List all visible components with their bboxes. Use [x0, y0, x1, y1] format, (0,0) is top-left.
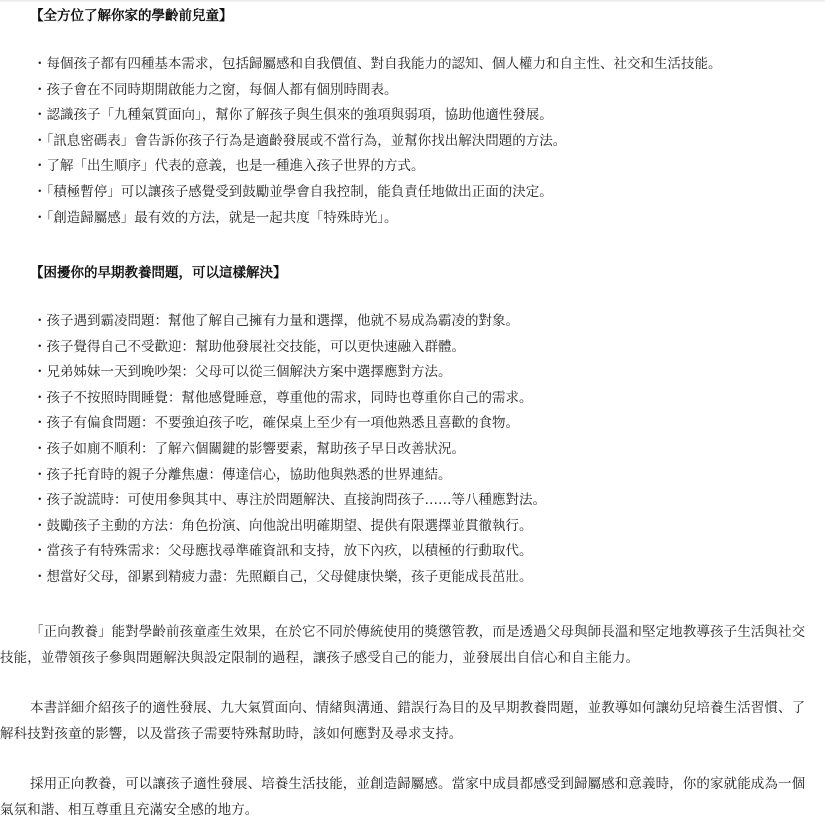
list-item: ・「訊息密碼表」會告訴你孩子行為是適齡發展或不當行為，並幫你找出解決問題的方法。	[33, 129, 722, 155]
paragraph-conclusion: 採用正向教養，可以讓孩子適性發展、培養生活技能，並創造歸屬感。當家中成員都感受到…	[0, 771, 818, 823]
list-item: ・孩子如廁不順利：了解六個關鍵的影響要素，幫助孩子早日改善狀況。	[33, 437, 546, 463]
list-item: ・想當好父母，卻累到精疲力盡：先照顧自己，父母健康快樂，孩子更能成長茁壯。	[33, 565, 546, 591]
list-item: ・孩子遇到霸凌問題：幫他了解自己擁有力量和選擇，他就不易成為霸凌的對象。	[33, 309, 546, 335]
section-heading-problems: 【困擾你的早期教養問題，可以這樣解決】	[30, 261, 287, 281]
list-item: ・孩子托育時的親子分離焦慮：傳達信心，協助他與熟悉的世界連結。	[33, 463, 546, 489]
list-item: ・孩子覺得自己不受歡迎：幫助他發展社交技能，可以更快速融入群體。	[33, 335, 546, 361]
list-item: ・認識孩子「九種氣質面向」，幫你了解孩子與生俱來的強項與弱項，協助他適性發展。	[33, 103, 722, 129]
list-item: ・當孩子有特殊需求：父母應找尋準確資訊和支持，放下內疚，以積極的行動取代。	[33, 539, 546, 565]
problems-list: ・孩子遇到霸凌問題：幫他了解自己擁有力量和選擇，他就不易成為霸凌的對象。 ・孩子…	[33, 309, 546, 591]
section-heading-overview: 【全方位了解你家的學齡前兒童】	[30, 4, 233, 24]
list-item: ・孩子會在不同時期開啟能力之窗，每個人都有個別時間表。	[33, 78, 722, 104]
overview-list: ・每個孩子都有四種基本需求，包括歸屬感和自我價值、對自我能力的認知、個人權力和自…	[33, 52, 722, 231]
list-item: ・孩子有偏食問題：不要強迫孩子吃，確保桌上至少有一項他熟悉且喜歡的食物。	[33, 411, 546, 437]
list-item: ・每個孩子都有四種基本需求，包括歸屬感和自我價值、對自我能力的認知、個人權力和自…	[33, 52, 722, 78]
list-item: ・孩子不按照時間睡覺：幫他感覺睡意，尊重他的需求，同時也尊重你自己的需求。	[33, 386, 546, 412]
list-item: ・鼓勵孩子主動的方法：角色扮演、向他說出明確期望、提供有限選擇並貫徹執行。	[33, 514, 546, 540]
list-item: ・「創造歸屬感」最有效的方法，就是一起共度「特殊時光」。	[33, 206, 722, 232]
paragraph-positive-discipline: 「正向教養」能對學齡前孩童產生效果，在於它不同於傳統使用的獎懲管教，而是透過父母…	[0, 619, 818, 671]
top-shadow	[0, 0, 825, 3]
paragraph-book-contents: 本書詳細介紹孩子的適性發展、九大氣質面向、情緒與溝通、錯誤行為目的及早期教養問題…	[0, 695, 818, 747]
list-item: ・「積極暫停」可以讓孩子感覺受到鼓勵並學會自我控制，能負責任地做出正面的決定。	[33, 180, 722, 206]
list-item: ・兄弟姊妹一天到晚吵架：父母可以從三個解決方案中選擇應對方法。	[33, 360, 546, 386]
list-item: ・孩子說謊時：可使用參與其中、專注於問題解決、直接詢問孩子……等八種應對法。	[33, 488, 546, 514]
list-item: ・了解「出生順序」代表的意義，也是一種進入孩子世界的方式。	[33, 154, 722, 180]
